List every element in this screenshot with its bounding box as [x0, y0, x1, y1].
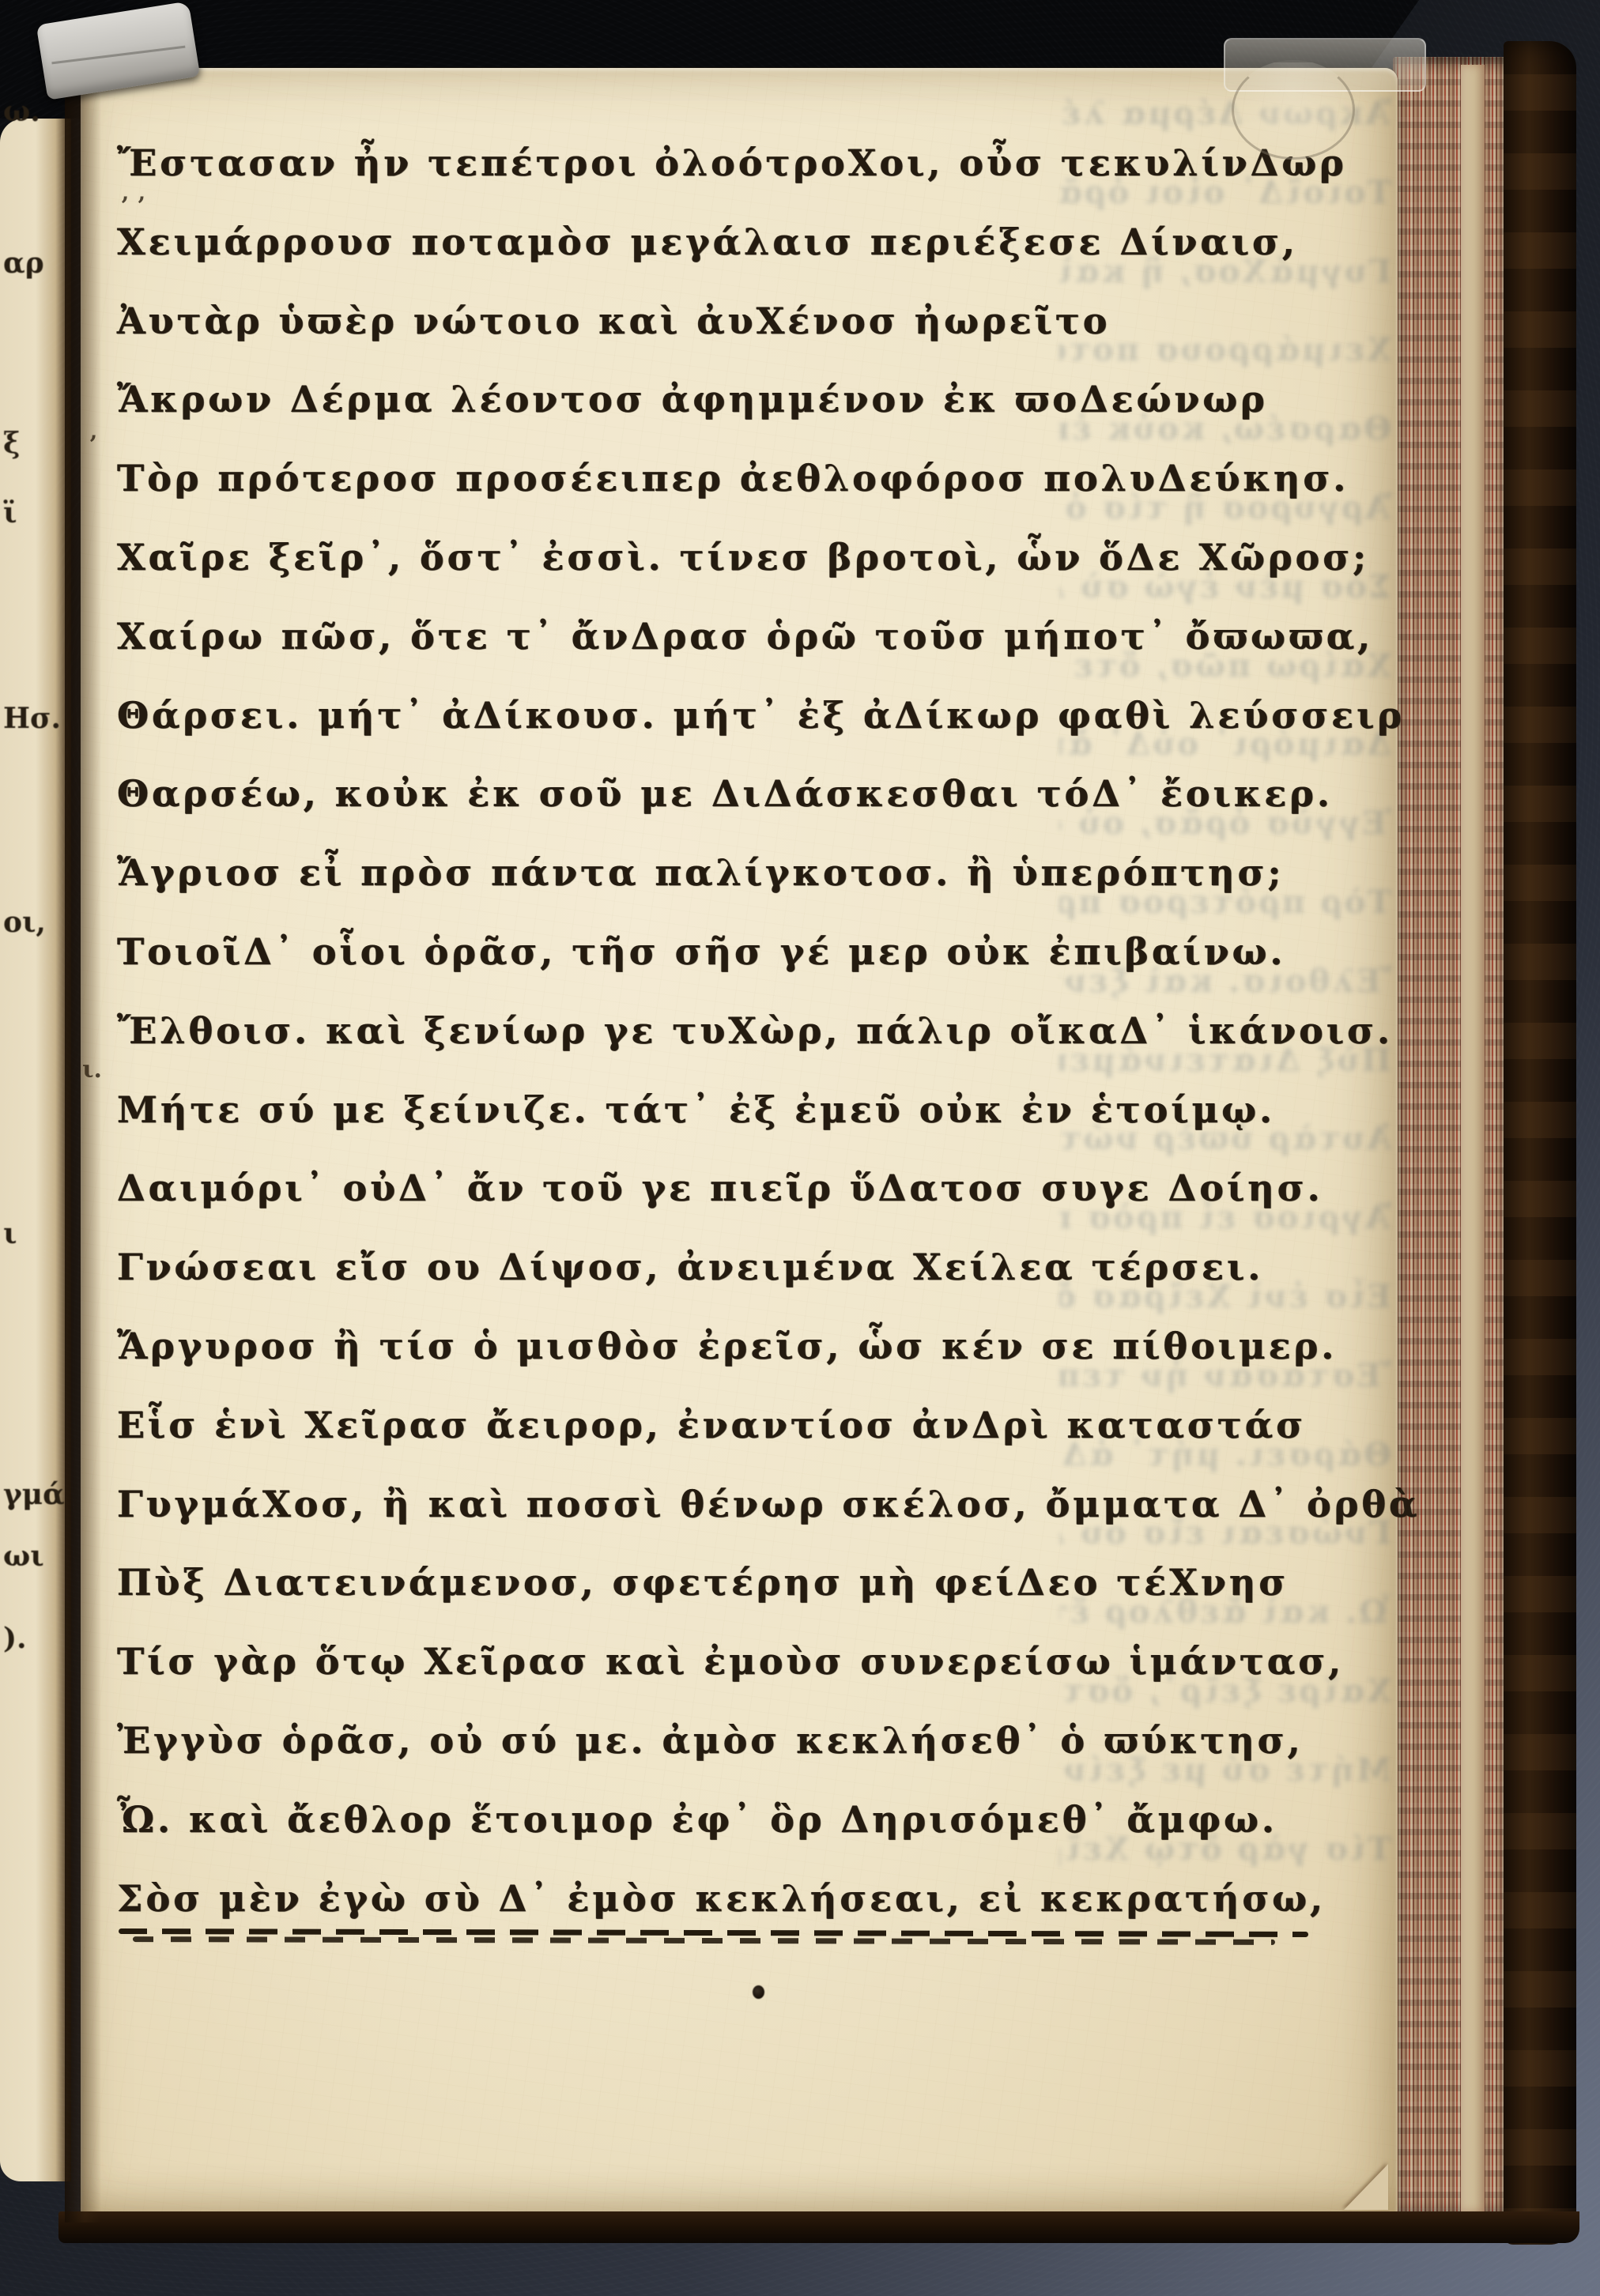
- end-of-poem-dashed-rule: [119, 1927, 1308, 1951]
- facing-page-text-fragment: ω.: [3, 95, 40, 128]
- book-photograph: Ἄκρων Δέρμα λέονΤοιοῖΔ᾽ οἷοι ὁρᾶΓυγμάΧοσ…: [0, 0, 1600, 2296]
- verse-line: ΤοιοῖΔ᾽ οἷοι ὁρᾶσ, τῆσ σῆσ γέ μερ οὐκ ἐπ…: [117, 929, 1285, 974]
- leather-cover-bottom: [58, 2211, 1579, 2243]
- verse-line: Πὺξ Διατεινάμενοσ, σφετέρησ μὴ φείΔεο τέ…: [117, 1560, 1289, 1604]
- verse-line: Γνώσεαι εἴσ ου Δίψοσ, ἀνειμένα Χείλεα τέ…: [117, 1245, 1263, 1289]
- verse-line: Ὦ. καὶ ἄεθλορ ἕτοιμορ ἐφ᾽ ὃρ Δηρισόμεθ᾽ …: [117, 1797, 1277, 1842]
- facing-page-text-fragment: ι: [3, 1217, 17, 1250]
- verse-line: ΓυγμάΧοσ, ἢ καὶ ποσσὶ θένωρ σκέλοσ, ὄμμα…: [117, 1482, 1420, 1526]
- facing-page-text-fragment: ξ: [3, 427, 20, 460]
- folded-page-corner: [1344, 2164, 1388, 2210]
- verse-line: Ἀυτὰρ ὑϖὲρ νώτοιο καὶ ἀυΧένοσ ἠωρεῖτο: [117, 299, 1111, 343]
- dashed-rule-row: [133, 1936, 1275, 1945]
- verse-line: Ἔστασαν ἦν τεπέτροι ὀλοότροΧοι, οὖσ τεκυ…: [117, 141, 1347, 185]
- facing-page-text-fragment: ).: [3, 1622, 27, 1655]
- leather-cover-right: [1504, 41, 1576, 2245]
- stray-ink-mark: ʼ ʼ: [120, 193, 145, 221]
- verse-line: Σὸσ μὲν ἐγὼ σὺ Δ᾽ ἐμὸσ κεκλήσεαι, εἰ κεκ…: [117, 1876, 1326, 1921]
- facing-page-text-fragment: Ησ.: [3, 702, 61, 735]
- verse-line: Θαρσέω, κοὐκ ἐκ σοῦ με ΔιΔάσκεσθαι τόΔ᾽ …: [117, 771, 1333, 816]
- gutter-shadow: [65, 63, 101, 2222]
- facing-page-text-fragment: γμά: [3, 1478, 65, 1511]
- facing-page-text-fragment: ϊ: [3, 496, 17, 530]
- verse-line: Χειμάρρουσ ποταμὸσ μεγάλαισ περιέξεσε Δί…: [117, 220, 1298, 264]
- dashed-rule-row: [119, 1928, 1308, 1937]
- verse-line: Εἷσ ἑνὶ Χεῖρασ ἄειρορ, ἐναντίοσ ἀνΔρὶ κα…: [117, 1403, 1306, 1447]
- verse-line: Μήτε σύ με ξείνιζε. τάτ᾽ ἐξ ἐμεῦ οὐκ ἐν …: [117, 1088, 1275, 1132]
- verse-line: Δαιμόρι᾽ οὐΔ᾽ ἄν τοῦ γε πιεῖρ ὕΔατοσ συγ…: [117, 1166, 1323, 1210]
- verse-line: Χαῖρε ξεῖρ᾽, ὅστ᾽ ἐσσὶ. τίνεσ βροτοὶ, ὧν…: [117, 535, 1369, 579]
- verse-line: Ἔλθοισ. καὶ ξενίωρ γε τυΧὼρ, πάλιρ οἴκαΔ…: [117, 1009, 1393, 1053]
- facing-page-text-fragment: οι,: [3, 906, 46, 939]
- transparent-page-holder: [1224, 38, 1426, 92]
- verse-line: Ἄργυροσ ἢ τίσ ὁ μισθὸσ ἐρεῖσ, ὧσ κέν σε …: [117, 1324, 1337, 1368]
- fore-edge-red-sprinkled: [1393, 57, 1511, 2219]
- verse-line: Ἄγριοσ εἶ πρὸσ πάντα παλίγκοτοσ. ἢ ὑπερό…: [117, 850, 1284, 895]
- verse-line: Τίσ γὰρ ὅτῳ Χεῖρασ καὶ ἐμοὺσ συνερείσω ἱ…: [117, 1639, 1344, 1683]
- fore-edge-inner-block: [1461, 65, 1485, 2211]
- facing-page-text-fragment: ωι: [3, 1540, 44, 1573]
- verse-line: Χαίρω πῶσ, ὅτε τ᾽ ἄνΔρασ ὁρῶ τοῦσ μήποτ᾽…: [117, 614, 1373, 658]
- verse-line: Τὸρ πρότεροσ προσέειπερ ἀεθλοφόροσ πολυΔ…: [117, 456, 1349, 500]
- verse-line: Ἄκρων Δέρμα λέοντοσ ἀφημμένον ἐκ ϖοΔεώνω…: [117, 377, 1268, 421]
- facing-page-text-fragment: αρ: [3, 247, 44, 280]
- ink-dot: [753, 1985, 764, 1999]
- verse-line: Ἐγγὺσ ὁρᾶσ, οὐ σύ με. ἀμὸσ κεκλήσεθ᾽ ὁ ϖ…: [117, 1718, 1304, 1763]
- verse-line: Θάρσει. μήτ᾽ ἀΔίκουσ. μήτ᾽ ἐξ ἀΔίκωρ φαθ…: [117, 693, 1405, 737]
